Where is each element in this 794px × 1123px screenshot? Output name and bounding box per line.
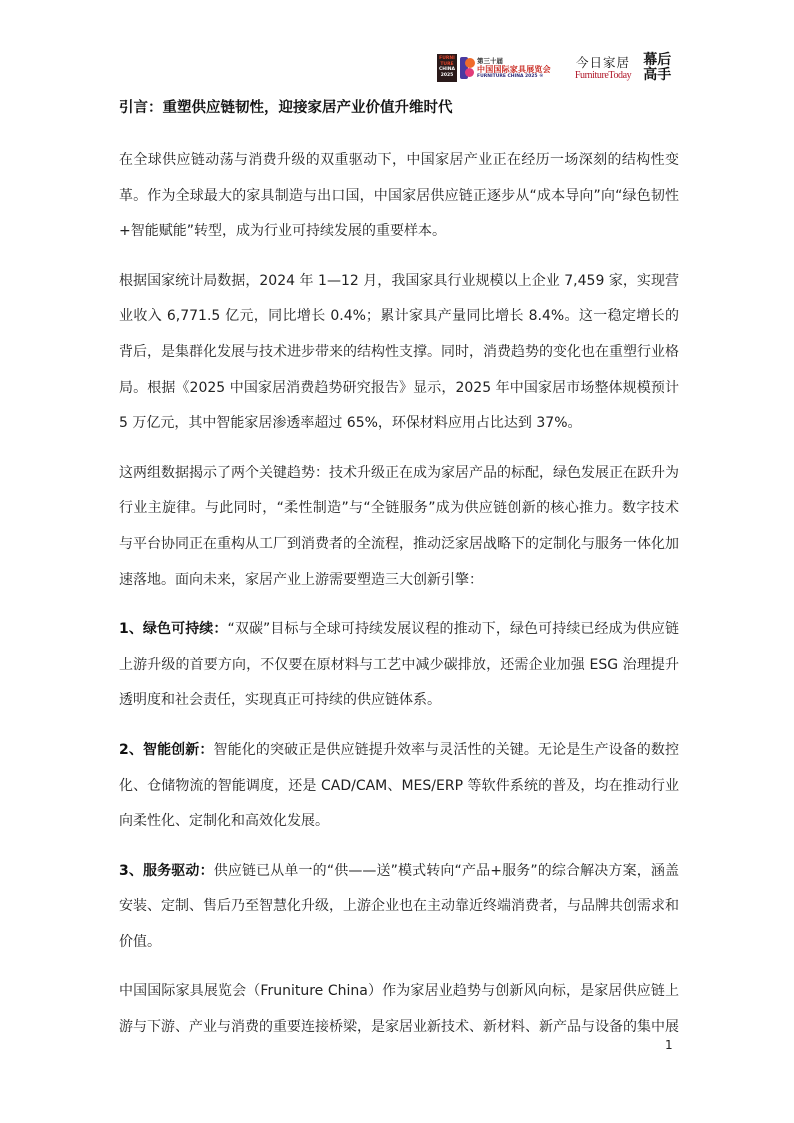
furniture-today-logo: 今日家居 FurnitureToday xyxy=(575,55,631,82)
muhou-line1: 幕后 xyxy=(643,53,671,68)
furniture-today-en: FurnitureToday xyxy=(575,70,631,82)
muhou-gaoshou-logo: 幕后 高手 xyxy=(643,53,671,83)
furniture-china-badge-icon: FURNI TURE CHINA 2025 xyxy=(437,54,457,82)
badge-text: FURNI xyxy=(437,56,457,62)
muhou-line2: 高手 xyxy=(643,68,671,83)
document-body: 引言：重塑供应链韧性，迎接家居产业价值升维时代 在全球供应链动荡与消费升级的双重… xyxy=(119,98,679,1046)
page-header: FURNI TURE CHINA 2025 第三十届 中国国际家具展览会 FUR… xyxy=(437,50,671,86)
paragraph-lead: 3、服务驱动： xyxy=(119,863,214,879)
paragraph-green-sustainable: 1、绿色可持续：“双碳”目标与全球可持续发展议程的推动下，绿色可持续已经成为供应… xyxy=(119,612,679,719)
badge-text: 2025 xyxy=(437,73,457,79)
page-number: 1 xyxy=(665,1038,673,1052)
paragraph-smart-innovation: 2、智能创新：智能化的突破正是供应链提升效率与灵活性的关键。无论是生产设备的数控… xyxy=(119,733,679,840)
furniture-china-logo: FURNI TURE CHINA 2025 第三十届 中国国际家具展览会 FUR… xyxy=(437,54,551,82)
thirty-mark-icon xyxy=(460,56,474,80)
fc-name-cn: 中国国际家具展览会 xyxy=(477,65,551,74)
paragraph-intro: 在全球供应链动荡与消费升级的双重驱动下，中国家居产业正在经历一场深刻的结构性变革… xyxy=(119,143,679,250)
paragraph-text: 根据国家统计局数据，2024 年 1—12 月，我国家具行业规模以上企业 7,4… xyxy=(119,273,679,431)
furniture-china-wordmark: 第三十届 中国国际家具展览会 FURNITURE CHINA 2025 ® xyxy=(477,57,551,80)
paragraph-lead: 1、绿色可持续： xyxy=(119,621,228,637)
paragraph-furniture-china: 中国国际家具展览会（Fruniture China）作为家居业趋势与创新风向标，… xyxy=(119,974,679,1045)
badge-text: CHINA xyxy=(437,67,457,73)
paragraph-text: 在全球供应链动荡与消费升级的双重驱动下，中国家居产业正在经历一场深刻的结构性变革… xyxy=(119,152,679,239)
furniture-today-cn: 今日家居 xyxy=(576,55,630,70)
paragraph-service-driven: 3、服务驱动：供应链已从单一的“供——送”模式转向“产品+服务”的综合解决方案，… xyxy=(119,854,679,961)
paragraph-text: 中国国际家具展览会（Fruniture China）作为家居业趋势与创新风向标，… xyxy=(119,983,679,1035)
paragraph-statistics: 根据国家统计局数据，2024 年 1—12 月，我国家具行业规模以上企业 7,4… xyxy=(119,264,679,442)
paragraph-trends: 这两组数据揭示了两个关键趋势：技术升级正在成为家居产品的标配，绿色发展正在跃升为… xyxy=(119,456,679,598)
fc-edition: 第三十届 xyxy=(477,57,551,65)
fc-name-en: FURNITURE CHINA 2025 ® xyxy=(477,74,551,80)
section-title: 引言：重塑供应链韧性，迎接家居产业价值升维时代 xyxy=(119,98,679,118)
paragraph-text: 这两组数据揭示了两个关键趋势：技术升级正在成为家居产品的标配，绿色发展正在跃升为… xyxy=(119,465,679,588)
paragraph-lead: 2、智能创新： xyxy=(119,742,214,758)
